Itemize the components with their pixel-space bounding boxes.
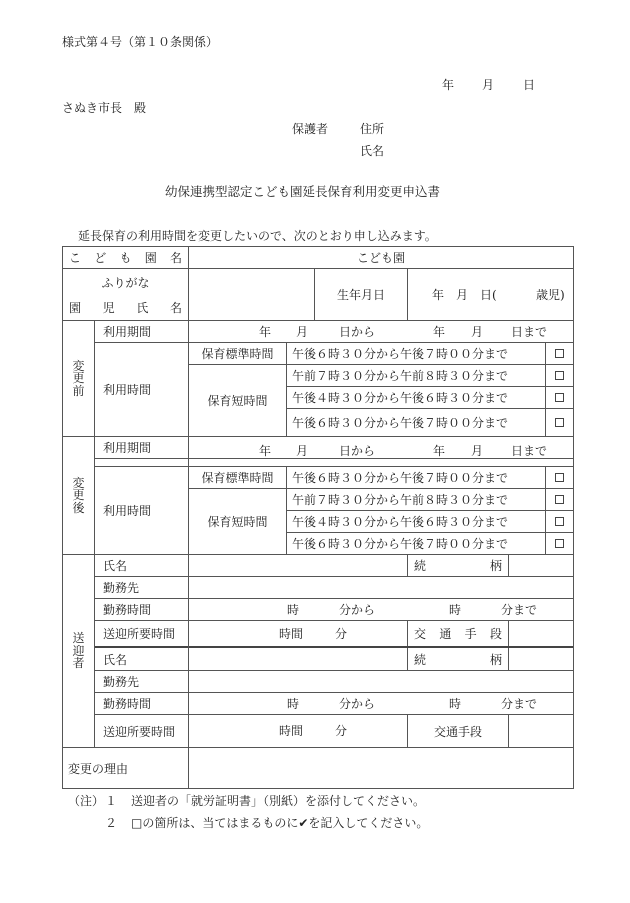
before-short-label: 保育短時間 (189, 365, 286, 436)
note-2-number: ２ (105, 817, 117, 829)
escort2-workplace-field[interactable] (189, 671, 573, 692)
label-char: 名 (170, 249, 182, 266)
escort2-name-field[interactable] (189, 648, 407, 670)
date-year-label: 年 (442, 79, 454, 91)
intro-text: 延長保育の利用時間を変更したいので、次のとおり申し込みます。 (78, 230, 437, 242)
checkbox-icon[interactable] (555, 349, 564, 358)
section-after-label: 変 更 後 (63, 437, 94, 554)
escort2-transport-field[interactable] (509, 715, 573, 747)
child-name-label: 園 児 氏 名 (63, 296, 188, 318)
checkbox-icon[interactable] (555, 418, 564, 427)
after-option-2-checkbox[interactable] (546, 489, 573, 510)
checkbox-icon[interactable] (555, 371, 564, 380)
after-standard-label: 保育標準時間 (189, 467, 286, 488)
escort2-transport-label: 交通手段 (408, 715, 508, 747)
escort2-name-label: 氏名 (95, 648, 188, 670)
before-option-4-checkbox[interactable] (546, 409, 573, 436)
escort2-commute-label: 送迎所要時間 (95, 715, 188, 747)
escort2-commute-field[interactable]: 時間 分 (189, 715, 407, 747)
note-2-text: □の箇所は、当てはまるものに✔を記入してください。 (131, 817, 428, 829)
escort1-workplace-label: 勤務先 (95, 577, 188, 598)
before-option-1-checkbox[interactable] (546, 343, 573, 364)
escort1-relation-field[interactable] (509, 555, 573, 576)
checkbox-icon[interactable] (555, 517, 564, 526)
escort2-work-hours-label: 勤務時間 (95, 693, 188, 714)
before-option-3-checkbox[interactable] (546, 387, 573, 408)
birth-year-unit: 年 (432, 289, 444, 301)
school-name-suffix: こども園 (357, 249, 405, 266)
furigana-label: ふりがな (63, 272, 188, 292)
guardian-address-label: 住所 (360, 123, 384, 135)
after-option-4-checkbox[interactable] (546, 533, 573, 554)
birth-month-unit: 月 (456, 289, 468, 301)
age-class-unit: 歳児) (536, 289, 565, 301)
escort2-relation-field[interactable] (509, 648, 573, 670)
escort1-work-hours-field[interactable]: 時 分から 時 分まで (189, 599, 573, 620)
reason-field[interactable] (189, 748, 573, 788)
date-month-label: 月 (482, 79, 494, 91)
escort1-commute-field[interactable]: 時間 分 (189, 621, 407, 646)
before-period-label: 利用期間 (95, 321, 188, 342)
section-before-label: 変 更 前 (63, 321, 94, 436)
note-1-number: １ (105, 795, 117, 807)
label-char: も (119, 249, 131, 266)
notes-prefix: （注） (68, 795, 104, 807)
escort1-name-field[interactable] (189, 555, 407, 576)
school-name-field[interactable]: こども園 (189, 247, 573, 268)
birthdate-label: 生年月日 (315, 269, 407, 320)
escort2-work-hours-field[interactable]: 時 分から 時 分まで (189, 693, 573, 714)
addressee: さぬき市長 殿 (62, 102, 146, 114)
after-option-3-checkbox[interactable] (546, 511, 573, 532)
escort1-work-hours-label: 勤務時間 (95, 599, 188, 620)
before-period-field[interactable]: 年 月 日から 年 月 日まで (189, 321, 573, 342)
before-option-4: 午後６時３０分から午後７時００分まで (287, 409, 545, 436)
child-name-field[interactable] (189, 269, 314, 320)
escort1-name-label: 氏名 (95, 555, 188, 576)
guardian-label: 保護者 (292, 123, 328, 135)
after-option-2: 午前７時３０分から午前８時３０分まで (287, 489, 545, 510)
escort1-commute-label: 送迎所要時間 (95, 621, 188, 646)
after-period-label: 利用期間 (95, 437, 188, 458)
before-option-2: 午前７時３０分から午前８時３０分まで (287, 365, 545, 386)
escort1-relation-label: 続 柄 (408, 555, 508, 576)
checkbox-icon[interactable] (555, 495, 564, 504)
page-title: 幼保連携型認定こども園延長保育利用変更申込書 (165, 186, 440, 199)
school-name-label: こ ど も 園 名 (63, 247, 188, 268)
label-char: 園 (145, 249, 157, 266)
birth-day-unit: 日( (480, 289, 497, 301)
escort1-workplace-field[interactable] (189, 577, 573, 598)
after-time-label: 利用時間 (95, 467, 188, 554)
after-short-label: 保育短時間 (189, 489, 286, 554)
note-1-text: 送迎者の「就労証明書」（別紙）を添付してください。 (131, 795, 425, 807)
form-number: 様式第４号（第１０条関係） (62, 36, 218, 48)
checkbox-icon[interactable] (555, 539, 564, 548)
escort2-workplace-label: 勤務先 (95, 671, 188, 692)
after-option-4: 午後６時３０分から午後７時００分まで (287, 533, 545, 554)
reason-label: 変更の理由 (63, 748, 188, 788)
guardian-name-label: 氏名 (360, 145, 384, 157)
before-standard-label: 保育標準時間 (189, 343, 286, 364)
checkbox-icon[interactable] (555, 393, 564, 402)
after-period-field[interactable]: 年 月 日から 年 月 日まで (189, 437, 573, 466)
escort1-transport-label: 交 通 手 段 (408, 621, 508, 646)
before-option-2-checkbox[interactable] (546, 365, 573, 386)
label-char: ど (94, 249, 106, 266)
after-option-3: 午後４時３０分から午後６時３０分まで (287, 511, 545, 532)
before-option-1: 午後６時３０分から午後７時００分まで (287, 343, 545, 364)
label-char: こ (69, 249, 81, 266)
after-option-1-checkbox[interactable] (546, 467, 573, 488)
birthdate-field[interactable]: 年 月 日( 歳児) (408, 269, 573, 320)
after-option-1: 午後６時３０分から午後７時００分まで (287, 467, 545, 488)
escort2-relation-label: 続 柄 (408, 648, 508, 670)
date-day-label: 日 (523, 79, 535, 91)
section-escort-label: 送 迎 者 (63, 555, 94, 747)
before-option-3: 午後４時３０分から午後６時３０分まで (287, 387, 545, 408)
before-time-label: 利用時間 (95, 343, 188, 436)
escort1-transport-field[interactable] (509, 621, 573, 646)
checkbox-icon[interactable] (555, 473, 564, 482)
